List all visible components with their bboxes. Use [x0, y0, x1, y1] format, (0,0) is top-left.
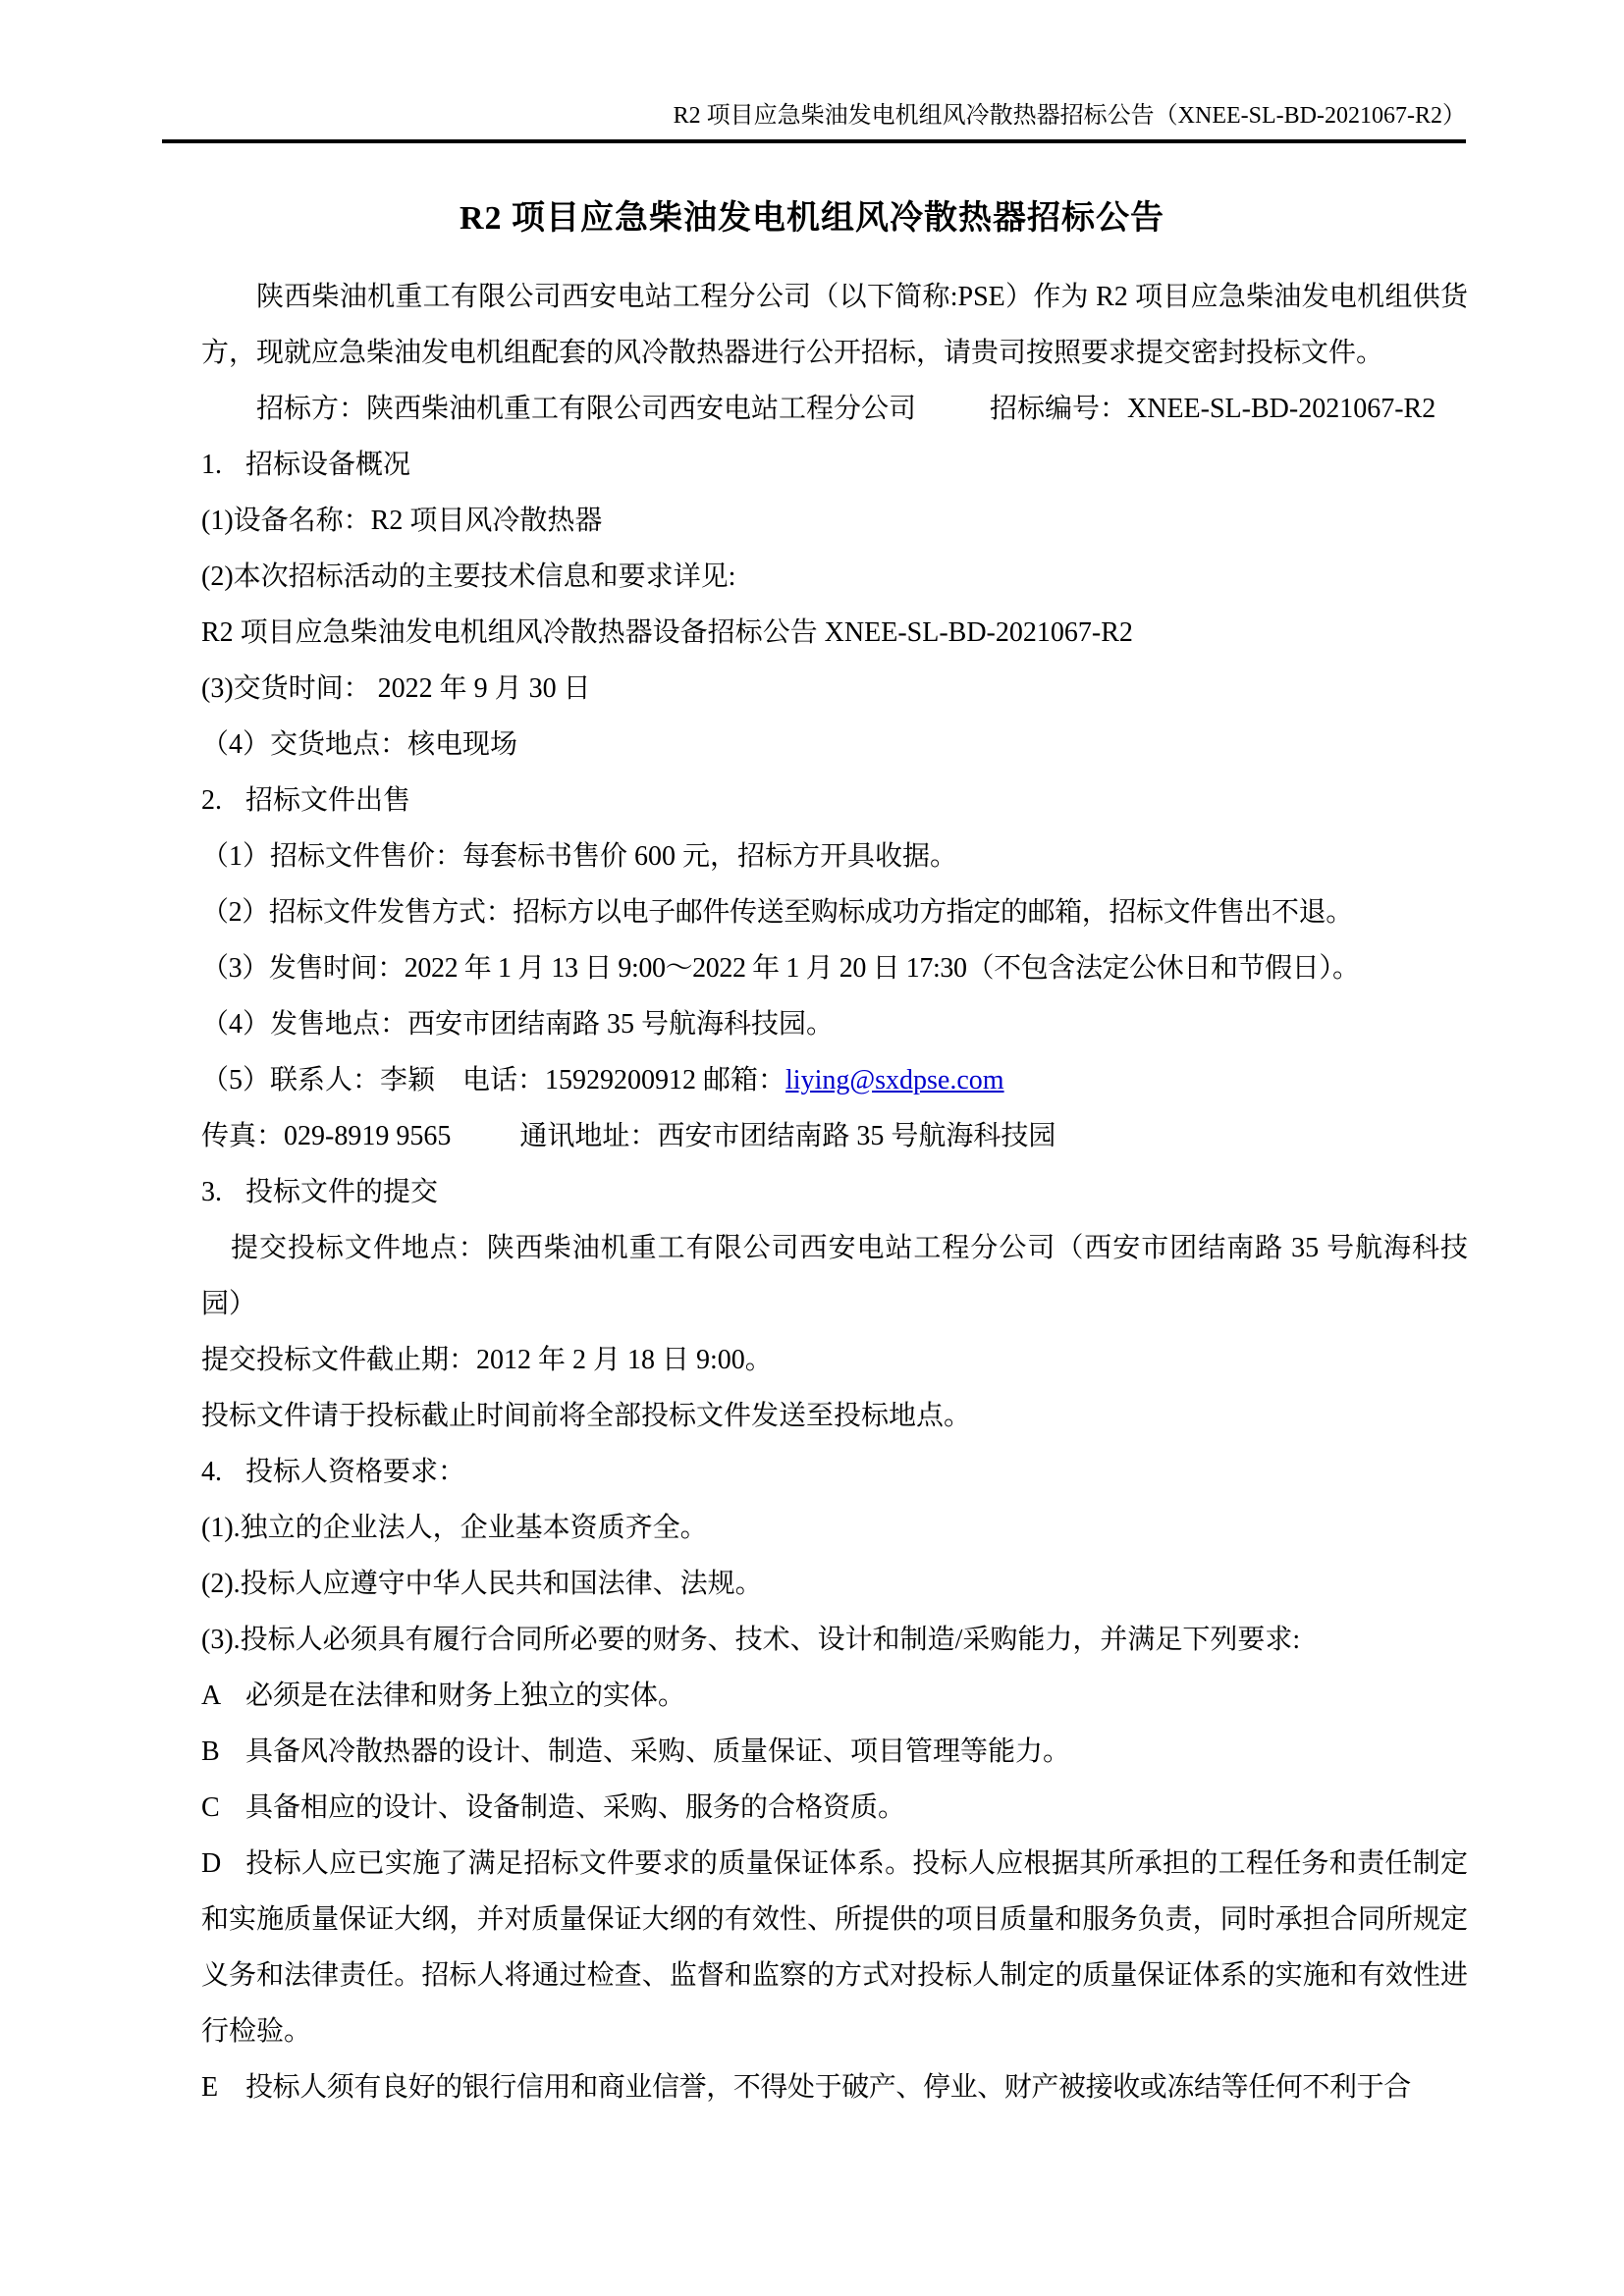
requirement-text-e: 投标人须有良好的银行信用和商业信誉，不得处于破产、停业、财产被接收或冻结等任何不…	[245, 2072, 1411, 2103]
section3-heading: 3.投标文件的提交	[201, 1164, 1468, 1220]
paragraph-submission-note: 投标文件请于投标截止时间前将全部投标文件发送至投标地点。	[201, 1388, 1468, 1444]
requirement-item-a: A必须是在法律和财务上独立的实体。	[201, 1668, 1468, 1724]
requirement-letter-c: C	[201, 1780, 245, 1836]
requirement-letter-a: A	[201, 1668, 245, 1724]
requirement-text-a: 必须是在法律和财务上独立的实体。	[245, 1681, 685, 1711]
email-link[interactable]: liying@sxdpse.com	[785, 1065, 1004, 1095]
requirement-item-d: D投标人应已实施了满足招标文件要求的质量保证体系。投标人应根据其所承担的工程任务…	[201, 1836, 1468, 2059]
section2-number: 2.	[201, 773, 245, 828]
item-fax-address: 传真：029-8919 9565通讯地址：西安市团结南路 35 号航海科技园	[201, 1108, 1468, 1164]
section3-number: 3.	[201, 1164, 245, 1220]
page-header-with-rule: R2 项目应急柴油发电机组风冷散热器招标公告（XNEE-SL-BD-202106…	[162, 100, 1466, 143]
item-sale-time: （3）发售时间：2022 年 1 月 13 日 9:00～2022 年 1 月 …	[201, 940, 1468, 996]
requirement-item-b: B具备风冷散热器的设计、制造、采购、质量保证、项目管理等能力。	[201, 1724, 1468, 1780]
section4-heading-label: 投标人资格要求：	[245, 1457, 465, 1487]
requirement-item-e: E投标人须有良好的银行信用和商业信誉，不得处于破产、停业、财产被接收或冻结等任何…	[201, 2059, 1468, 2115]
mail-address-label: 通讯地址：西安市团结南路 35 号航海科技园	[519, 1121, 1056, 1151]
item-distribution-method: （2）招标文件发售方式：招标方以电子邮件传送至购标成功方指定的邮箱，招标文件售出…	[201, 884, 1468, 940]
qualification-item-3: (3).投标人必须具有履行合同所必要的财务、技术、设计和制造/采购能力，并满足下…	[201, 1612, 1468, 1668]
section4-heading: 4.投标人资格要求：	[201, 1444, 1468, 1500]
item-equipment-name: (1)设备名称：R2 项目风冷散热器	[201, 493, 1468, 549]
requirement-item-c: C具备相应的设计、设备制造、采购、服务的合格资质。	[201, 1780, 1468, 1836]
section1-heading: 1.招标设备概况	[201, 437, 1468, 493]
page-title: R2 项目应急柴油发电机组风冷散热器招标公告	[0, 197, 1624, 240]
item-technical-info: (2)本次招标活动的主要技术信息和要求详见:	[201, 549, 1468, 605]
section2-heading-label: 招标文件出售	[245, 785, 410, 816]
section1-heading-label: 招标设备概况	[245, 450, 410, 480]
requirement-letter-b: B	[201, 1724, 245, 1780]
paragraph-intro: 陕西柴油机重工有限公司西安电站工程分公司（以下简称:PSE）作为 R2 项目应急…	[201, 269, 1468, 381]
item-announcement-ref: R2 项目应急柴油发电机组风冷散热器设备招标公告 XNEE-SL-BD-2021…	[201, 605, 1468, 661]
requirement-text-b: 具备风冷散热器的设计、制造、采购、质量保证、项目管理等能力。	[245, 1736, 1070, 1767]
tenderer-label: 招标方：陕西柴油机重工有限公司西安电站工程分公司	[256, 394, 916, 424]
qualification-item-2: (2).投标人应遵守中华人民共和国法律、法规。	[201, 1556, 1468, 1612]
section1-number: 1.	[201, 437, 245, 493]
contact-info-label: （5）联系人：李颖 电话：15929200912 邮箱：	[201, 1065, 785, 1095]
section4-number: 4.	[201, 1444, 245, 1500]
item-delivery-time: (3)交货时间： 2022 年 9 月 30 日	[201, 661, 1468, 717]
paragraph-submission-place: 提交投标文件地点：陕西柴油机重工有限公司西安电站工程分公司（西安市团结南路 35…	[201, 1220, 1468, 1332]
tender-number-label: 招标编号：XNEE-SL-BD-2021067-R2	[990, 394, 1435, 424]
requirement-letter-e: E	[201, 2059, 245, 2115]
item-sale-place: （4）发售地点：西安市团结南路 35 号航海科技园。	[201, 996, 1468, 1052]
header-running-title: R2 项目应急柴油发电机组风冷散热器招标公告（XNEE-SL-BD-202106…	[674, 103, 1466, 129]
section3-heading-label: 投标文件的提交	[245, 1177, 438, 1207]
requirement-letter-d: D	[201, 1836, 245, 1892]
document-page: R2 项目应急柴油发电机组风冷散热器招标公告（XNEE-SL-BD-202106…	[0, 0, 1624, 2296]
document-body: 陕西柴油机重工有限公司西安电站工程分公司（以下简称:PSE）作为 R2 项目应急…	[201, 269, 1468, 2115]
item-delivery-place: （4）交货地点：核电现场	[201, 717, 1468, 773]
qualification-item-1: (1).独立的企业法人，企业基本资质齐全。	[201, 1500, 1468, 1556]
fax-label: 传真：029-8919 9565	[201, 1121, 451, 1151]
paragraph-submission-deadline: 提交投标文件截止期：2012 年 2 月 18 日 9:00。	[201, 1332, 1468, 1388]
item-contact: （5）联系人：李颖 电话：15929200912 邮箱：liying@sxdps…	[201, 1052, 1468, 1108]
requirement-text-d: 投标人应已实施了满足招标文件要求的质量保证体系。投标人应根据其所承担的工程任务和…	[201, 1848, 1468, 2047]
tenderer-line: 招标方：陕西柴油机重工有限公司西安电站工程分公司招标编号：XNEE-SL-BD-…	[201, 381, 1468, 437]
requirement-text-c: 具备相应的设计、设备制造、采购、服务的合格资质。	[245, 1792, 905, 1823]
section2-heading: 2.招标文件出售	[201, 773, 1468, 828]
item-document-price: （1）招标文件售价：每套标书售价 600 元，招标方开具收据。	[201, 828, 1468, 884]
